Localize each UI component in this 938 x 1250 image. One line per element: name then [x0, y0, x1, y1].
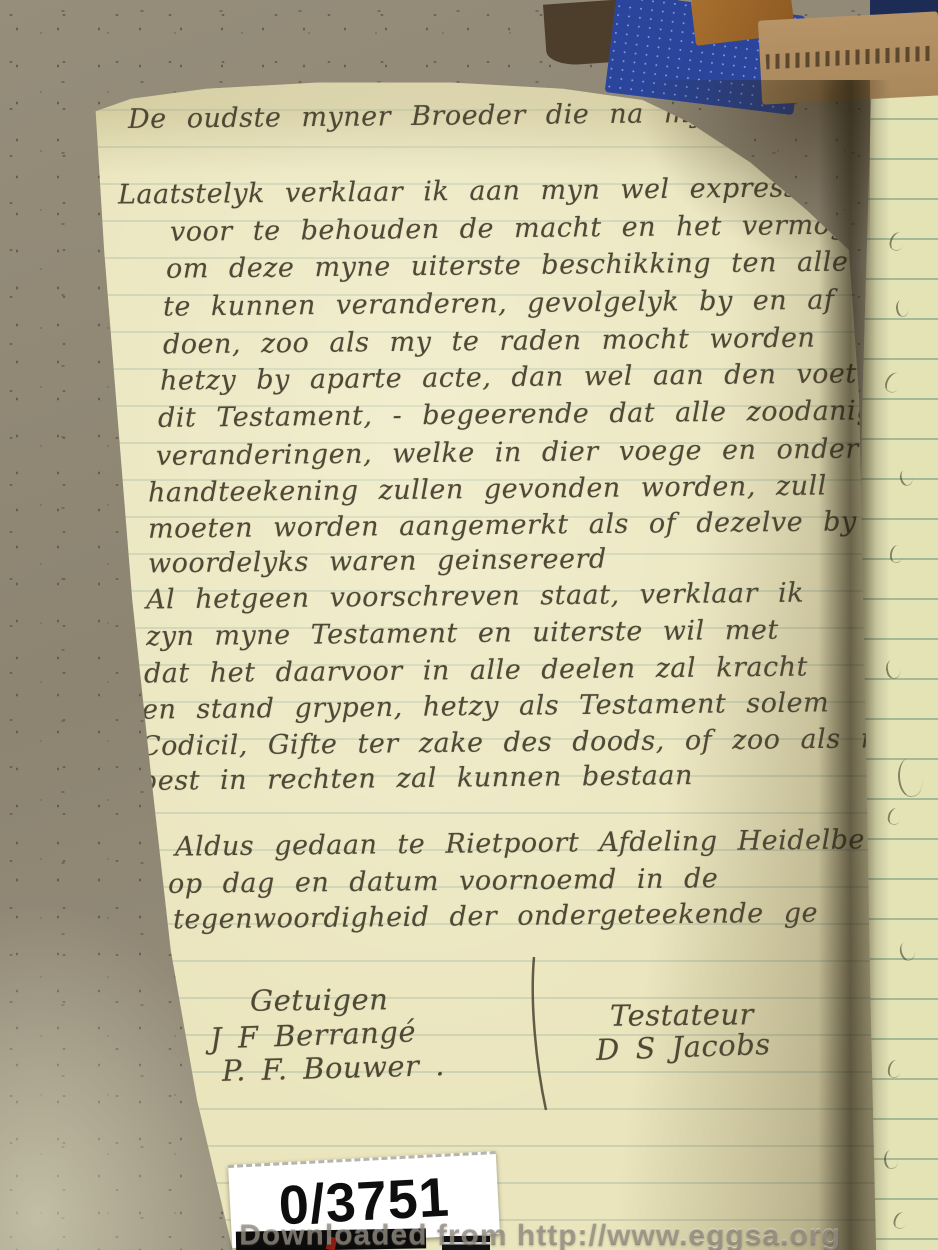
watermark: Downloaded from http://www.eggsa.org [140, 1219, 938, 1250]
manuscript-line: zyn myne Testament en uiterste wil met [146, 615, 779, 653]
closing-line: tegenwoordigheid der ondergeteekende ge [173, 898, 818, 936]
book-gutter-shadow [818, 80, 890, 1250]
witnesses-heading: Getuigen [250, 982, 389, 1017]
manuscript-line: handteekening zullen gevonden worden, zu… [148, 470, 827, 508]
manuscript-line: en stand grypen, hetzy als Testament sol… [142, 687, 829, 725]
manuscript-line: hetzy by aparte acte, dan wel aan den vo… [160, 358, 857, 396]
manuscript-line: woordelyks waren geinsereerd [148, 544, 607, 580]
testator-signature: D S Jacobs [595, 1027, 771, 1067]
witness-signature-2: P. F. Bouwer . [222, 1048, 446, 1088]
manuscript-line: moeten worden aangemerkt als of dezelve … [148, 506, 857, 544]
manuscript-line: te kunnen veranderen, gevolgelyk by en a… [163, 284, 866, 322]
signature-divider [520, 952, 564, 1117]
manuscript-line: veranderingen, welke in dier voege en on… [156, 433, 905, 472]
manuscript-line: Al hetgeen voorschreven staat, verklaar … [146, 578, 804, 616]
spine-markings [766, 46, 935, 70]
closing-line: Aldus gedaan te Rietpoort Afdeling Heide… [175, 824, 865, 862]
manuscript-line: dat het daarvoor in alle deelen zal krac… [144, 652, 808, 690]
photograph-canvas: De oudste myner Broeder die na myn dood … [0, 0, 938, 1250]
closing-line: op dag en datum voornoemd in de [168, 863, 719, 900]
manuscript-line: Codicil, Gifte ter zake des doods, of zo… [140, 723, 920, 762]
manuscript-line: best in rechten zal kunnen bestaan [140, 760, 693, 797]
manuscript-line: dit Testament, - begeerende dat alle zoo… [158, 395, 891, 434]
manuscript-line: doen, zoo als my te raden mocht worden [163, 323, 816, 361]
